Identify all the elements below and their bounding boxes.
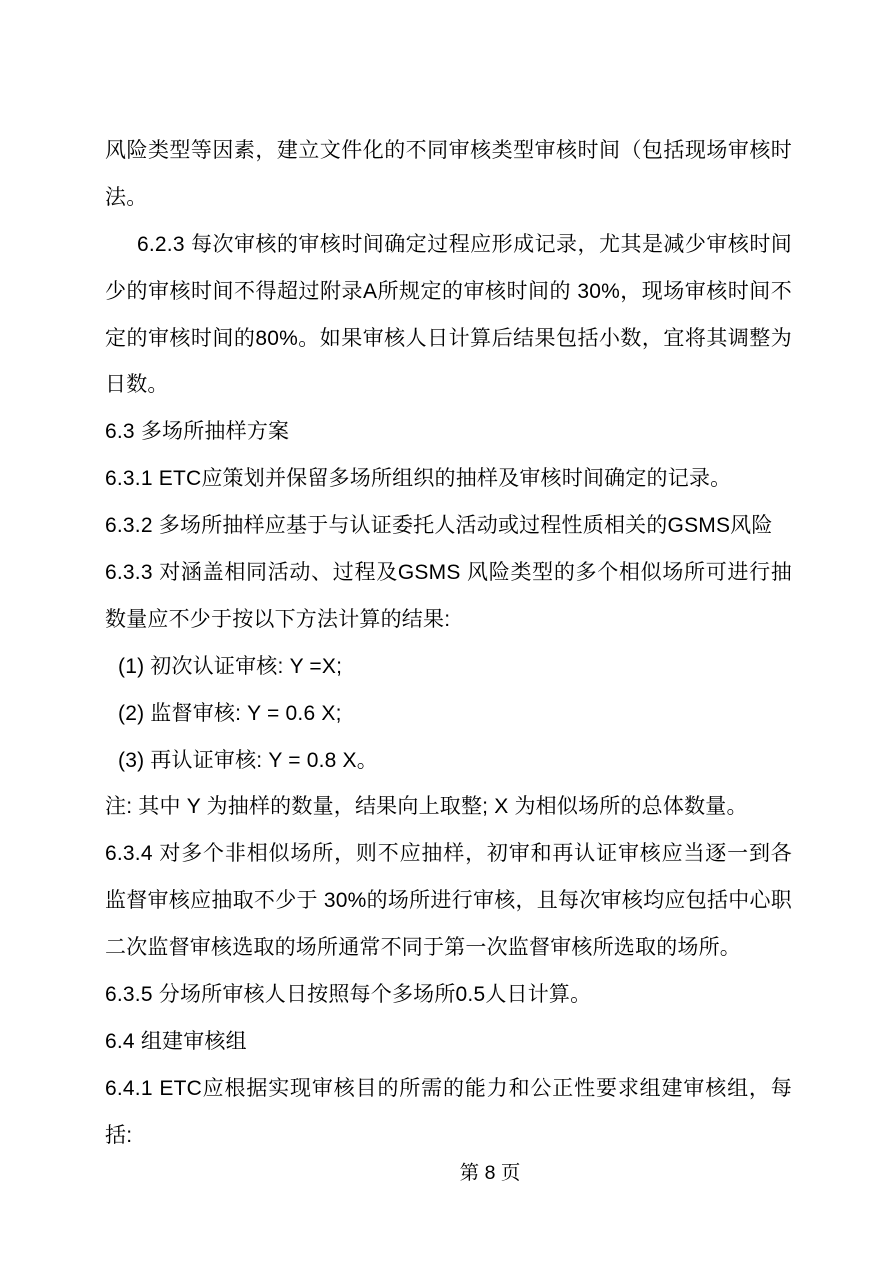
- text-line: 数量应不少于按以下方法计算的结果:: [105, 597, 792, 644]
- text-line: 6.4.1 ETC应根据实现审核目的所需的能力和公正性要求组建审核组，每个审核组…: [105, 1066, 792, 1113]
- text-line: 6.3.1 ETC应策划并保留多场所组织的抽样及审核时间确定的记录。: [105, 456, 792, 503]
- text-line: 少的审核时间不得超过附录A所规定的审核时间的 30%，现场审核时间不得少于所确: [105, 269, 792, 316]
- text-line: 6.3.5 分场所审核人日按照每个多场所0.5人日计算。: [105, 972, 792, 1019]
- document-page: 风险类型等因素，建立文件化的不同审核类型审核时间（包括现场审核时间）的确定方法。…: [0, 0, 892, 1262]
- document-body: 风险类型等因素，建立文件化的不同审核类型审核时间（包括现场审核时间）的确定方法。…: [105, 128, 792, 1160]
- text-line: 括:: [105, 1113, 792, 1160]
- page-number: 第 8 页: [460, 1162, 521, 1184]
- text-line: 定的审核时间的80%。如果审核人日计算后结果包括小数，宜将其调整为最接近的半人: [105, 316, 792, 363]
- text-line: 法。: [105, 175, 792, 222]
- text-line: 监督审核应抽取不少于 30%的场所进行审核，且每次审核均应包括中心职能部门。第: [105, 878, 792, 925]
- text-line: 6.2.3 每次审核的审核时间确定过程应形成记录，尤其是减少审核时间的理由，减: [105, 222, 792, 269]
- text-line: 6.3.2 多场所抽样应基于与认证委托人活动或过程性质相关的GSMS风险的评价。: [105, 503, 792, 550]
- text-line: 6.3.4 对多个非相似场所，则不应抽样，初审和再认证审核应当逐一到各场所进行审…: [105, 831, 792, 878]
- text-line: 日数。: [105, 362, 792, 409]
- text-line: 6.3.3 对涵盖相同活动、过程及GSMS 风险类型的多个相似场所可进行抽样审核…: [105, 550, 792, 597]
- text-line: (2) 监督审核: Y = 0.6 X;: [105, 691, 792, 738]
- text-line: (3) 再认证审核: Y = 0.8 X。: [105, 738, 792, 785]
- page-footer: 第 8 页: [88, 1158, 892, 1188]
- text-line: 二次监督审核选取的场所通常不同于第一次监督审核所选取的场所。: [105, 925, 792, 972]
- text-line: 6.4 组建审核组: [105, 1019, 792, 1066]
- text-line: 注: 其中 Y 为抽样的数量，结果向上取整; X 为相似场所的总体数量。: [105, 784, 792, 831]
- text-line: 6.3 多场所抽样方案: [105, 409, 792, 456]
- text-line: (1) 初次认证审核: Y =X;: [105, 644, 792, 691]
- text-line: 风险类型等因素，建立文件化的不同审核类型审核时间（包括现场审核时间）的确定方: [105, 128, 792, 175]
